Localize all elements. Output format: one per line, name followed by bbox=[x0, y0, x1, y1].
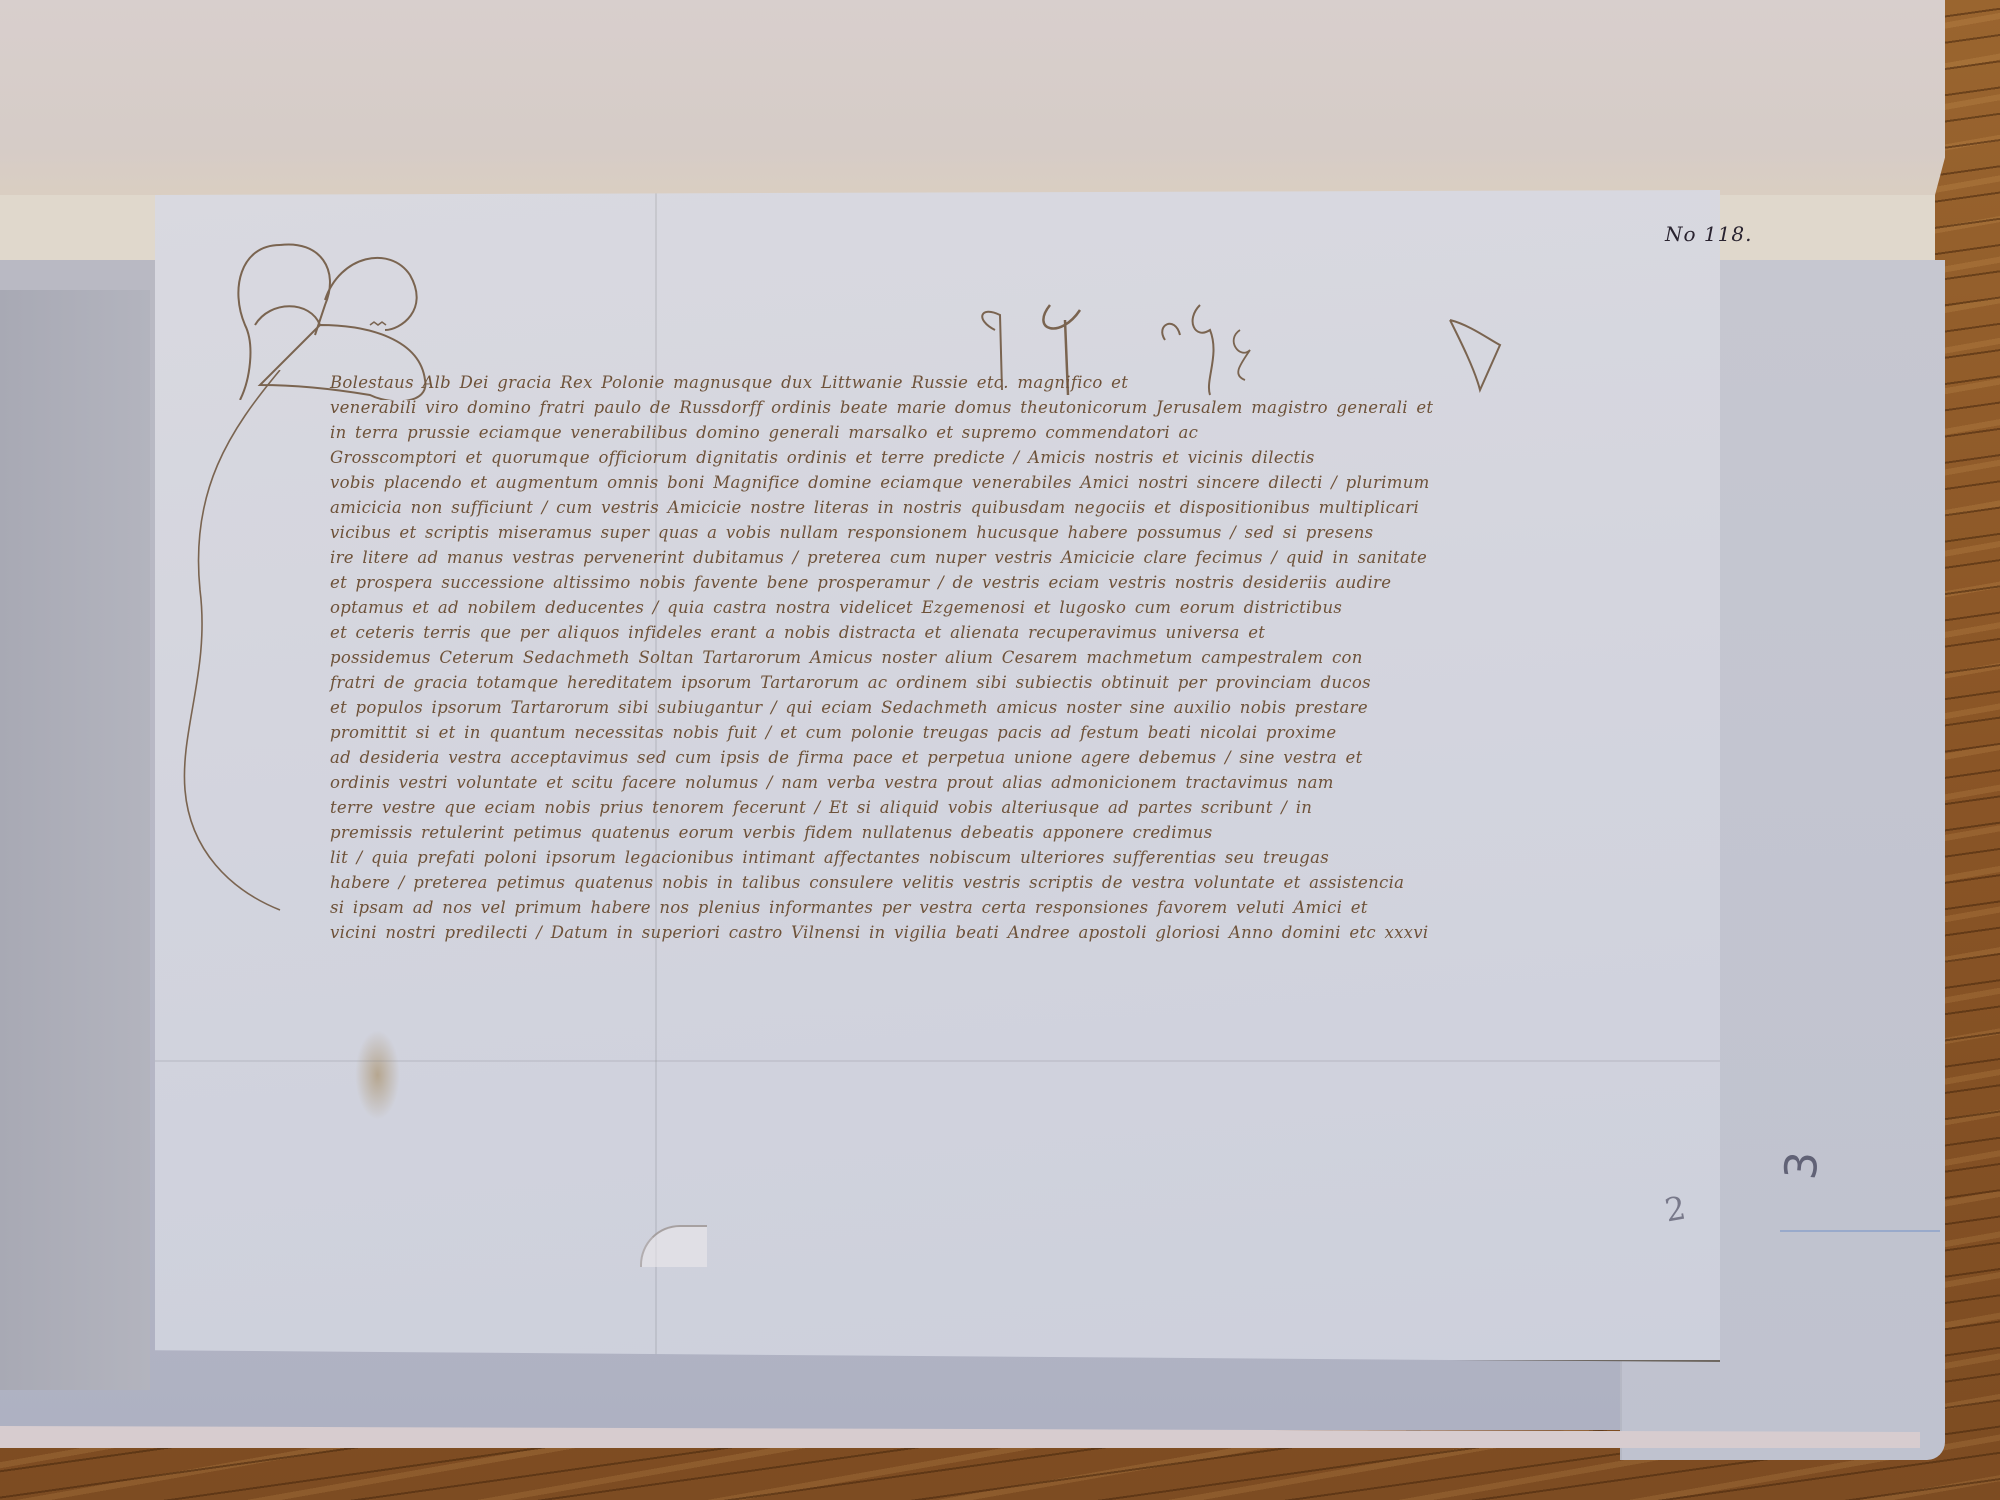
letter-line: si ipsam ad nos vel primum habere nos pl… bbox=[330, 895, 1750, 920]
letter-line: venerabili viro domino fratri paulo de R… bbox=[330, 395, 1750, 420]
letter-line: ordinis vestri voluntate et scitu facere… bbox=[330, 770, 1750, 795]
letter-line: et prospera successione altissimo nobis … bbox=[330, 570, 1750, 595]
letter-line: lit / quia prefati poloni ipsorum legaci… bbox=[330, 845, 1750, 870]
letter-line: habere / preterea petimus quatenus nobis… bbox=[330, 870, 1750, 895]
letter-line: amicicia non sufficiunt / cum vestris Am… bbox=[330, 495, 1750, 520]
letter-line: vobis placendo et augmentum omnis boni M… bbox=[330, 470, 1750, 495]
backing-sheet-left-shadow bbox=[0, 290, 150, 1390]
water-stain bbox=[355, 1030, 400, 1120]
letter-line: fratri de gracia totamque hereditatem ip… bbox=[330, 670, 1750, 695]
letter-line: premissis retulerint petimus quatenus eo… bbox=[330, 820, 1750, 845]
letter-line: in terra prussie eciamque venerabilibus … bbox=[330, 420, 1750, 445]
letter-body-text: Bolestaus Alb Dei gracia Rex Polonie mag… bbox=[330, 370, 1750, 945]
letter-line: ad desideria vestra acceptavimus sed cum… bbox=[330, 745, 1750, 770]
letter-line: ire litere ad manus vestras pervenerint … bbox=[330, 545, 1750, 570]
margin-flourish-icon bbox=[170, 370, 290, 930]
letter-line: optamus et ad nobilem deducentes / quia … bbox=[330, 595, 1750, 620]
paper-tear bbox=[640, 1225, 707, 1267]
pencil-folio-mark: 3 bbox=[1775, 1149, 1828, 1181]
archive-folder-upper-page bbox=[0, 0, 1945, 210]
letter-line: et populos ipsorum Tartarorum sibi subiu… bbox=[330, 695, 1750, 720]
letter-line: Bolestaus Alb Dei gracia Rex Polonie mag… bbox=[330, 370, 1750, 395]
letter-line: vicibus et scriptis miseramus super quas… bbox=[330, 520, 1750, 545]
letter-line: promittit si et in quantum necessitas no… bbox=[330, 720, 1750, 745]
archive-number-label: No 118. bbox=[1665, 222, 1752, 246]
letter-line: Grosscomptori et quorumque officiorum di… bbox=[330, 445, 1750, 470]
dating-clause-line: vicini nostri predilecti / Datum in supe… bbox=[330, 920, 1750, 945]
blue-pencil-line bbox=[1780, 1230, 1940, 1232]
letter-line: et ceteris terris que per aliquos infide… bbox=[330, 620, 1750, 645]
letter-line: terre vestre que eciam nobis prius tenor… bbox=[330, 795, 1750, 820]
letter-line: possidemus Ceterum Sedachmeth Soltan Tar… bbox=[330, 645, 1750, 670]
